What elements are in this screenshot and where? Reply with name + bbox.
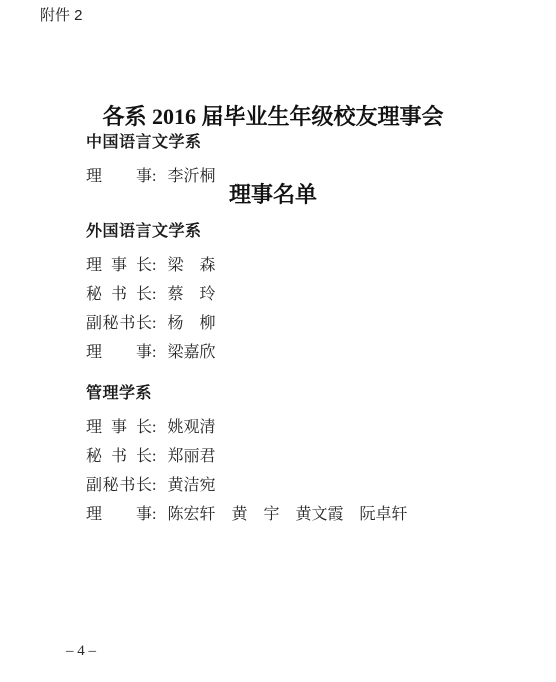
officer-role-label: 理事长 [86,251,152,280]
label-colon: : [152,309,156,338]
officer-role-label: 副秘书长 [86,471,152,500]
officer-name: 陈宏轩 黄 宇 黄文霞 阮卓轩 [167,506,407,523]
officer-name: 杨 柳 [167,315,215,332]
label-colon: : [152,471,156,500]
department-heading: 管理学系 [86,383,516,405]
officer-row: 副秘书长:黄洁宛 [86,471,516,500]
officer-name: 黄洁宛 [167,477,215,494]
officer-row: 理事长:姚观清 [86,413,516,442]
department-heading: 外国语言文学系 [86,221,516,243]
officer-row: 理事长:梁 森 [86,251,516,280]
officer-name: 梁 森 [167,257,215,274]
label-colon: : [152,251,156,280]
officer-row: 秘书长:郑丽君 [86,442,516,471]
officer-role-label: 秘书长 [86,442,152,471]
label-colon: : [152,280,156,309]
officer-role-label: 理事长 [86,413,152,442]
label-colon: : [152,162,156,191]
section-management-dept: 管理学系 理事长:姚观清 秘书长:郑丽君 副秘书长:黄洁宛 理事:陈宏轩 黄 宇… [86,383,516,529]
officer-row: 理事:李沂桐 [86,162,516,191]
officer-name: 郑丽君 [167,448,215,465]
officer-row: 理事:陈宏轩 黄 宇 黄文霞 阮卓轩 [86,500,516,529]
attachment-label: 附件 2 [40,6,83,26]
officer-row: 理事:梁嘉欣 [86,338,516,367]
officer-list: 理事长:姚观清 秘书长:郑丽君 副秘书长:黄洁宛 理事:陈宏轩 黄 宇 黄文霞 … [86,413,516,529]
officer-name: 蔡 玲 [167,286,215,303]
page-number: – 4 – [66,642,96,660]
officer-role-label: 理事 [86,500,152,529]
label-colon: : [152,442,156,471]
officer-role-label: 副秘书长 [86,309,152,338]
officer-list: 理事长:梁 森 秘书长:蔡 玲 副秘书长:杨 柳 理事:梁嘉欣 [86,251,516,367]
officer-role-label: 理事 [86,338,152,367]
officer-row: 秘书长:蔡 玲 [86,280,516,309]
department-heading: 中国语言文学系 [86,132,516,154]
officer-role-label: 秘书长 [86,280,152,309]
officer-row: 副秘书长:杨 柳 [86,309,516,338]
label-colon: : [152,500,156,529]
officer-name: 姚观清 [167,419,215,436]
section-foreign-language-dept: 外国语言文学系 理事长:梁 森 秘书长:蔡 玲 副秘书长:杨 柳 理事:梁嘉欣 [86,221,516,367]
officer-name: 梁嘉欣 [167,344,215,361]
document-title-line1: 各系 2016 届毕业生年级校友理事会 [0,104,546,130]
officer-role-label: 理事 [86,162,152,191]
section-chinese-language-dept: 中国语言文学系 理事:李沂桐 [86,132,516,191]
label-colon: : [152,413,156,442]
label-colon: : [152,338,156,367]
officer-list: 理事:李沂桐 [86,162,516,191]
officer-name: 李沂桐 [167,168,215,185]
